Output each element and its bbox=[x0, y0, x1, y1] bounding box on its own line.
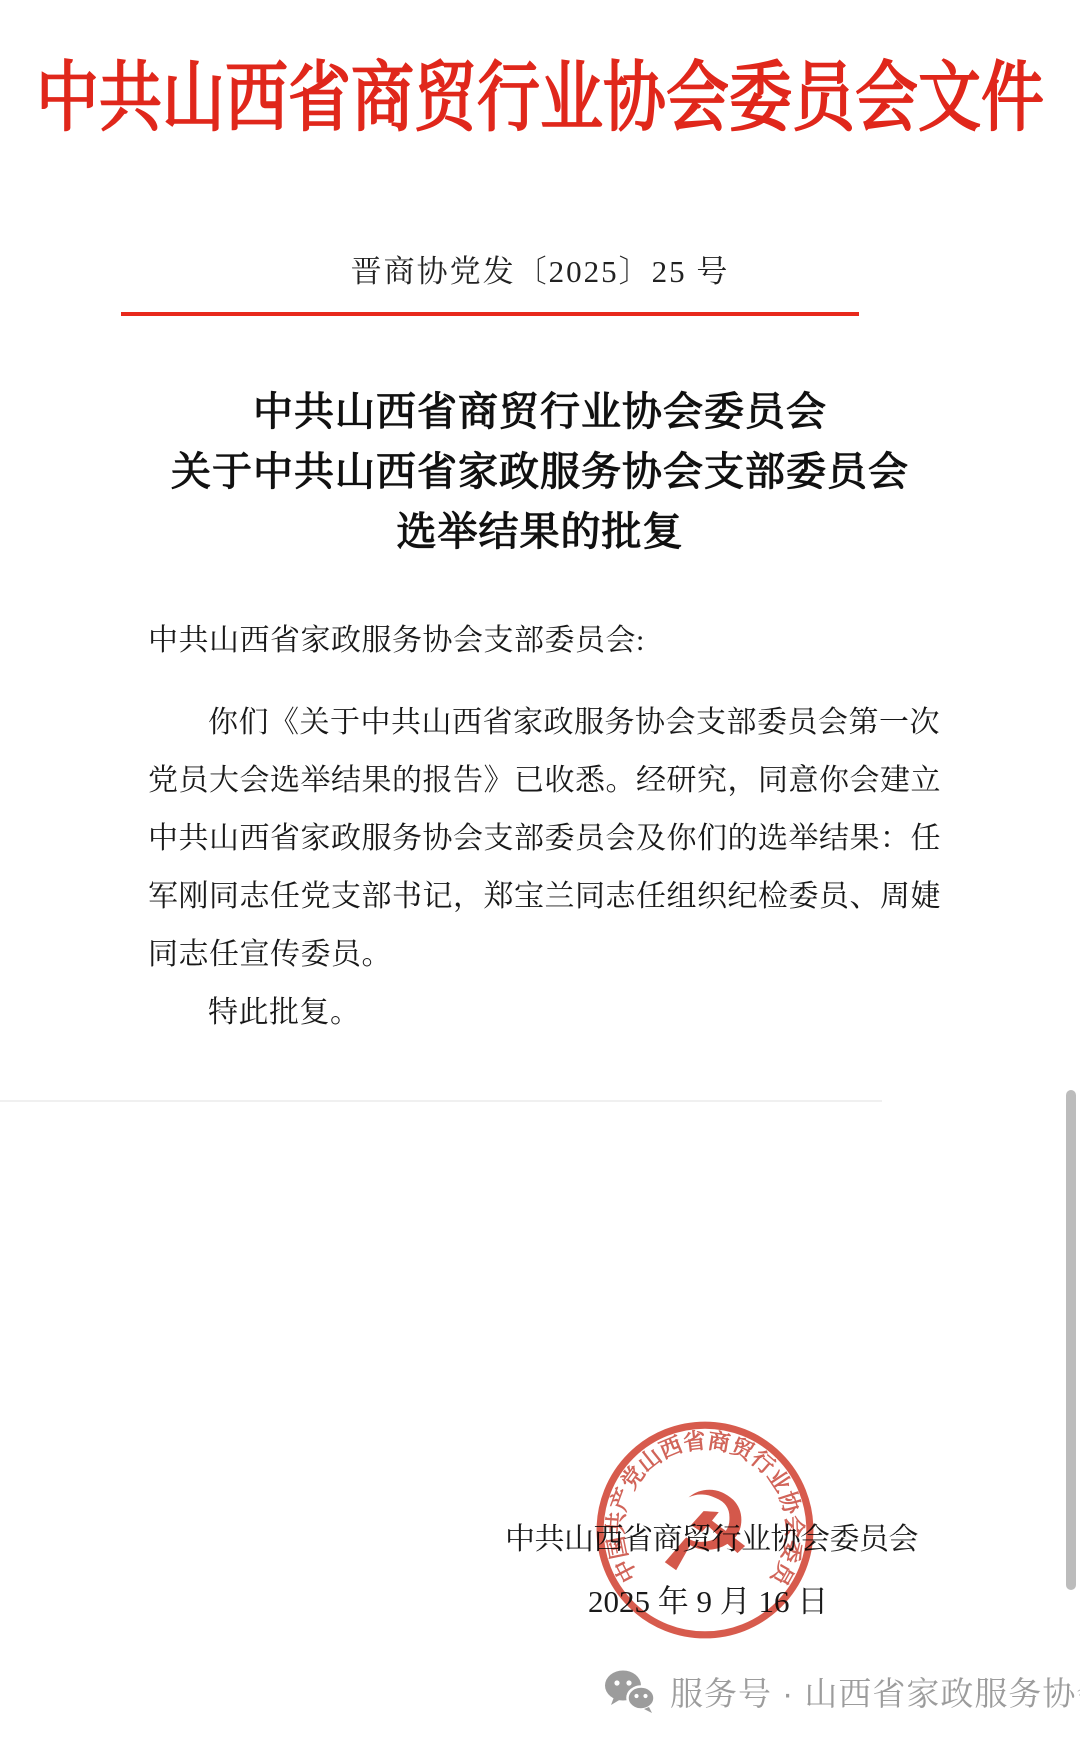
document-title-line2: 关于中共山西省家政服务协会支部委员会 bbox=[0, 442, 1080, 502]
body-line: 你们《关于中共山西省家政服务协会支部委员会第一次 bbox=[148, 694, 964, 752]
body-line: 同志任宣传委员。 bbox=[148, 926, 964, 984]
wechat-account-footer[interactable]: 服务号 · 山西省家政服务协会 bbox=[604, 1666, 1080, 1716]
document-body: 中共山西省家政服务协会支部委员会: 你们《关于中共山西省家政服务协会支部委员会第… bbox=[148, 612, 964, 1042]
body-closing: 特此批复。 bbox=[148, 984, 964, 1042]
hammer-and-sickle-icon: ☭ bbox=[656, 1468, 755, 1596]
official-seal: 中国共产党山西省商贸行业协会委员会 ☭ bbox=[593, 1418, 817, 1642]
body-line: 党员大会选举结果的报告》已收悉。经研究，同意你会建立 bbox=[148, 752, 964, 810]
document-number: 晋商协党发〔2025〕25 号 bbox=[0, 246, 1080, 291]
wechat-bubbles-icon bbox=[604, 1669, 656, 1713]
masthead-title: 中共山西省商贸行业协会委员会文件 bbox=[36, 36, 1044, 147]
body-salutation: 中共山西省家政服务协会支部委员会: bbox=[148, 612, 964, 670]
document-title-line3: 选举结果的批复 bbox=[0, 502, 1080, 562]
red-separator-line bbox=[121, 312, 859, 316]
document-title-line1: 中共山西省商贸行业协会委员会 bbox=[0, 382, 1080, 442]
document-page: 中共山西省商贸行业协会委员会文件 晋商协党发〔2025〕25 号 中共山西省商贸… bbox=[0, 0, 1080, 1737]
document-title: 中共山西省商贸行业协会委员会 关于中共山西省家政服务协会支部委员会 选举结果的批… bbox=[0, 382, 1080, 562]
body-line: 中共山西省家政服务协会支部委员会及你们的选举结果：任 bbox=[148, 810, 964, 868]
footer-account-label: 服务号 · 山西省家政服务协会 bbox=[670, 1668, 1080, 1715]
body-line: 军刚同志任党支部书记，郑宝兰同志任组织纪检委员、周婕 bbox=[148, 868, 964, 926]
scrollbar-thumb[interactable] bbox=[1066, 1090, 1076, 1590]
masthead: 中共山西省商贸行业协会委员会文件 bbox=[0, 36, 1080, 127]
page-break-line bbox=[0, 1100, 882, 1102]
